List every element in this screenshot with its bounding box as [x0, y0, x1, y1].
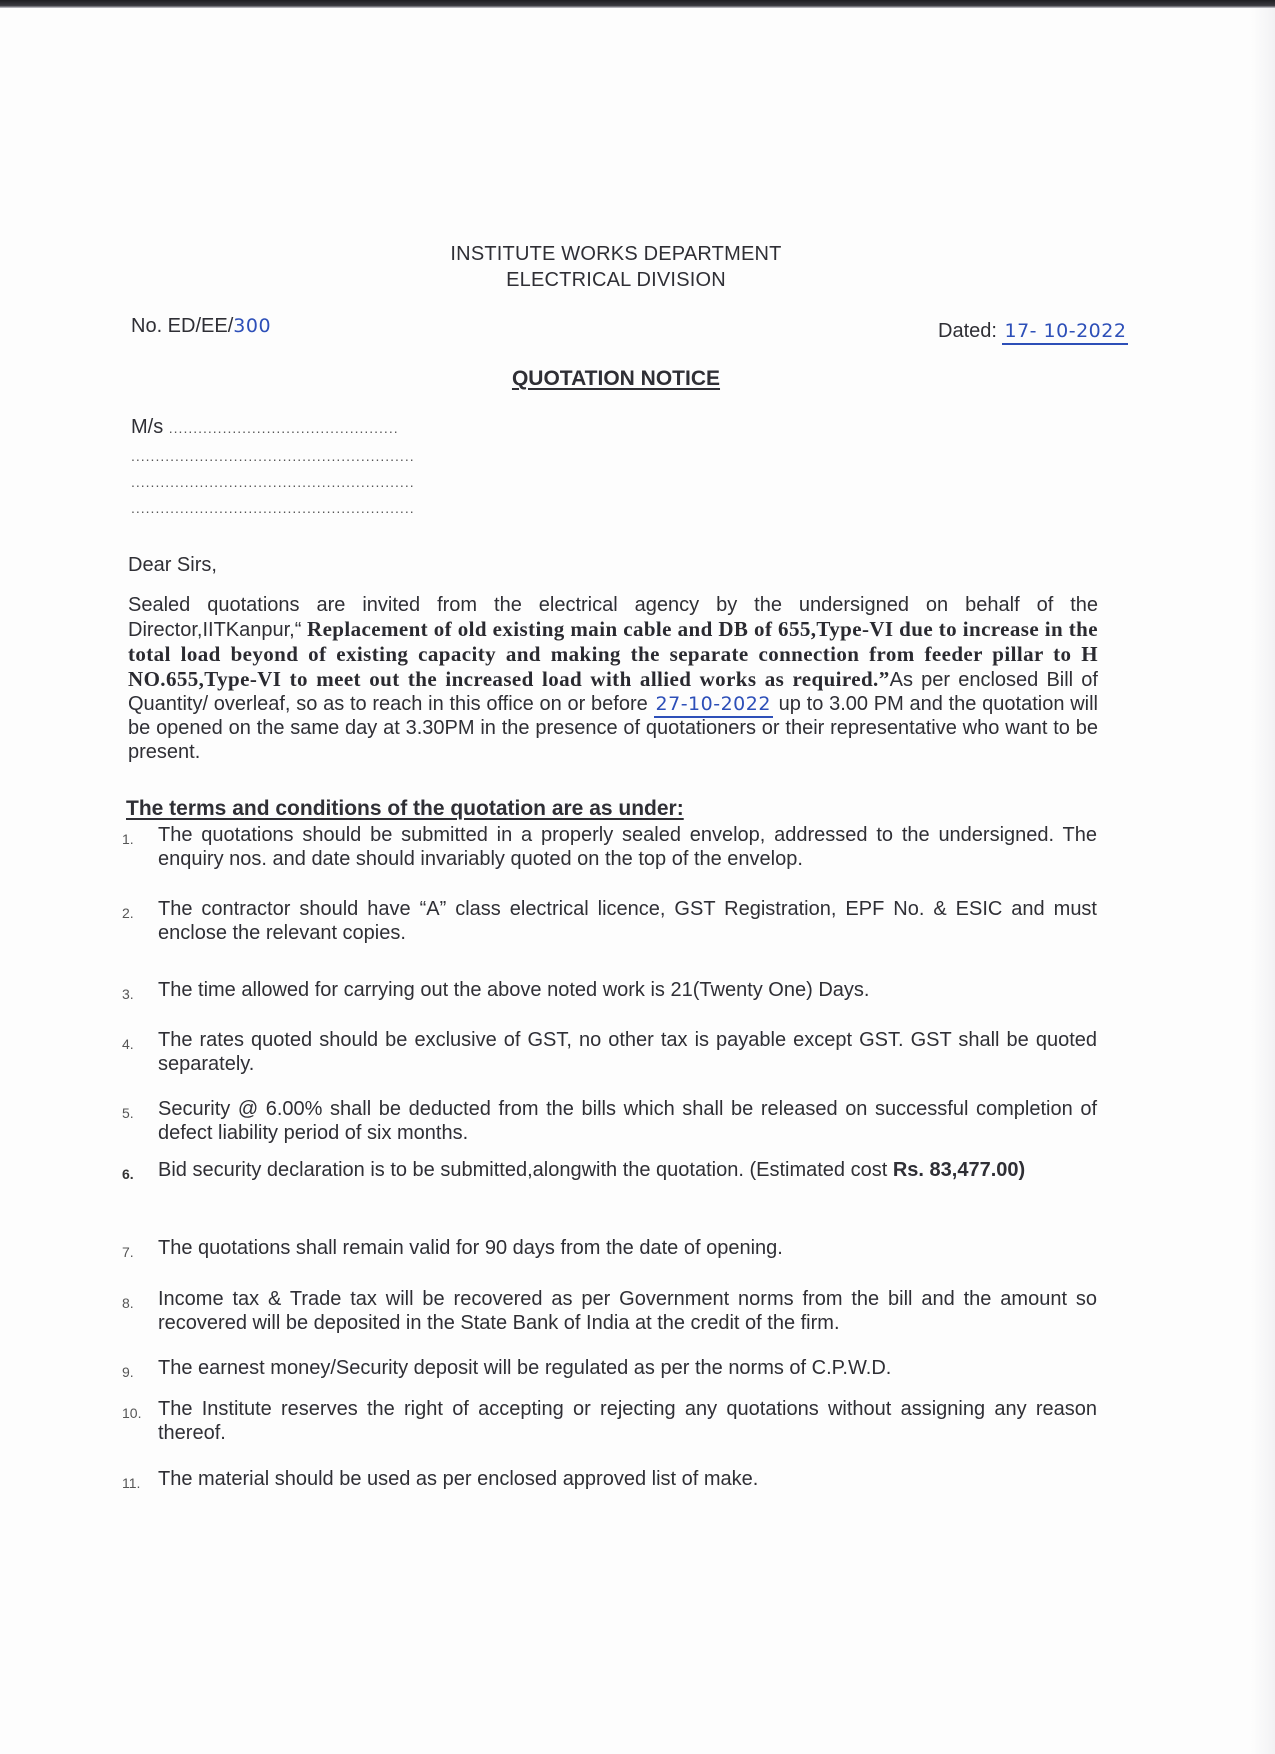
term-number: 8.	[122, 1287, 158, 1335]
terms-heading: The terms and conditions of the quotatio…	[126, 797, 684, 821]
term-item: 11. The material should be used as per e…	[122, 1467, 1097, 1495]
term-text: The earnest money/Security deposit will …	[158, 1356, 1097, 1384]
term-item: 3. The time allowed for carrying out the…	[122, 978, 1097, 1006]
term-item: 2. The contractor should have “A” class …	[122, 897, 1097, 945]
term-text: The quotations should be submitted in a …	[158, 823, 1097, 871]
term-item: 4. The rates quoted should be exclusive …	[122, 1028, 1097, 1076]
term-item: 8. Income tax & Trade tax will be recove…	[122, 1287, 1097, 1335]
term-item: 6. Bid security declaration is to be sub…	[122, 1158, 1097, 1186]
quotation-notice-page: INSTITUTE WORKS DEPARTMENT ELECTRICAL DI…	[0, 0, 1275, 1754]
reference-prefix: No. ED/EE/	[131, 315, 233, 337]
term-text: The material should be used as per enclo…	[158, 1467, 1097, 1495]
division-name: ELECTRICAL DIVISION	[0, 267, 1232, 294]
term-text: Income tax & Trade tax will be recovered…	[158, 1287, 1097, 1335]
addressee-line-3: ........................................…	[131, 470, 501, 493]
term-number: 7.	[122, 1236, 158, 1264]
term-item: 9. The earnest money/Security deposit wi…	[122, 1356, 1097, 1384]
term-text: Security @ 6.00% shall be deducted from …	[158, 1097, 1097, 1145]
term-item: 7. The quotations shall remain valid for…	[122, 1236, 1097, 1264]
handwritten-date: 17- 10-2022	[1002, 320, 1128, 345]
term-text: The rates quoted should be exclusive of …	[158, 1028, 1097, 1076]
term-number: 2.	[122, 897, 158, 945]
handwritten-reference-number: 300	[233, 315, 271, 337]
term-number: 1.	[122, 823, 158, 871]
term-item: 10. The Institute reserves the right of …	[122, 1397, 1097, 1445]
salutation: Dear Sirs,	[128, 554, 217, 577]
notice-title: QUOTATION NOTICE	[0, 367, 1232, 391]
addressee-line-2: ........................................…	[131, 444, 501, 467]
date-line: Dated: 17- 10-2022	[938, 320, 1128, 343]
term-number: 5.	[122, 1097, 158, 1145]
term-number: 3.	[122, 978, 158, 1006]
term-text: The quotations shall remain valid for 90…	[158, 1236, 1097, 1264]
addressee-blank: ........................................…	[169, 420, 399, 436]
department-name: INSTITUTE WORKS DEPARTMENT	[0, 241, 1232, 268]
term-text: Bid security declaration is to be submit…	[158, 1158, 1097, 1186]
term-text: The contractor should have “A” class ele…	[158, 897, 1097, 945]
handwritten-due-date: 27-10-2022	[654, 693, 773, 718]
addressee-line-4: ........................................…	[131, 496, 501, 519]
addressee-line-1: M/s ....................................…	[131, 416, 501, 439]
intro-paragraph: Sealed quotations are invited from the e…	[128, 593, 1098, 764]
estimated-cost: Rs. 83,477.00)	[893, 1159, 1025, 1181]
term-text: The Institute reserves the right of acce…	[158, 1397, 1097, 1445]
term-number: 11.	[122, 1467, 158, 1495]
term-number: 4.	[122, 1028, 158, 1076]
term-number: 6.	[122, 1158, 158, 1186]
term-item: 5. Security @ 6.00% shall be deducted fr…	[122, 1097, 1097, 1145]
addressee-prefix: M/s	[131, 416, 169, 438]
term-number: 10.	[122, 1397, 158, 1445]
reference-number: No. ED/EE/300	[131, 315, 271, 338]
term-item: 1. The quotations should be submitted in…	[122, 823, 1097, 871]
term-number: 9.	[122, 1356, 158, 1384]
dated-label: Dated:	[938, 320, 1002, 342]
term-text: The time allowed for carrying out the ab…	[158, 978, 1097, 1006]
